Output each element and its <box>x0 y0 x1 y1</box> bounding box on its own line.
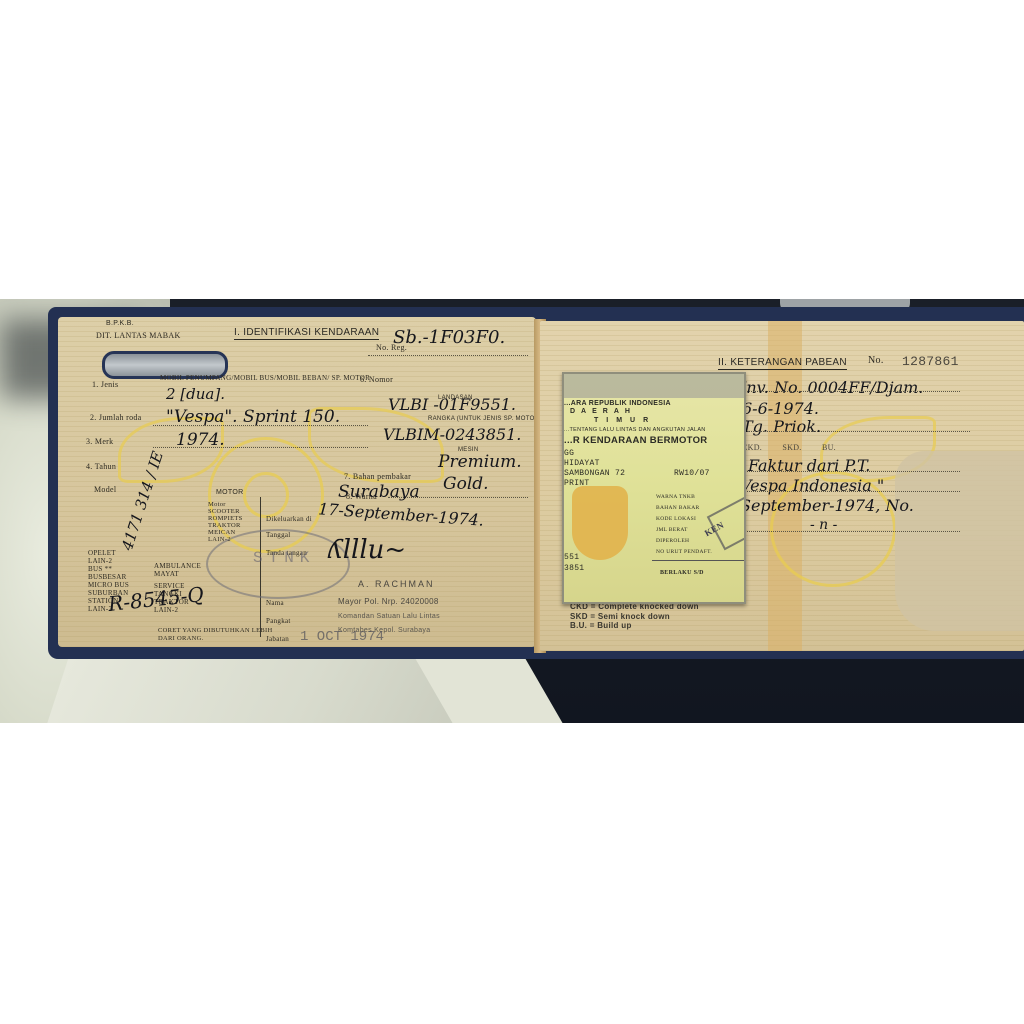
bahan-bakar-value: Premium. <box>438 452 522 472</box>
skd-options: CKD. SKD. BU. <box>742 443 836 452</box>
jenis-options: MOBIL PENUMPANG/MOBIL BUS/MOBIL BEBAN/ S… <box>160 374 370 382</box>
dotted-line <box>740 471 960 472</box>
tanggal-value: 17-September-1974. <box>318 499 485 530</box>
header-dept: DIT. LANTAS MABAK <box>96 331 181 340</box>
field-label: 1. Jenis <box>92 380 118 389</box>
dikeluarkan-value: Surabaya <box>338 482 420 502</box>
torn-area <box>895 451 1024 631</box>
merk-value: "Vespa". Sprint 150. <box>166 407 340 427</box>
dotted-line <box>740 491 960 492</box>
warna-value: Gold. <box>443 474 489 494</box>
dotted-line <box>153 425 368 426</box>
photo: B.P.K.B. DIT. LANTAS MABAK I. IDENTIFIKA… <box>0 299 1024 723</box>
nomor-label: 6. Nomor <box>360 375 393 384</box>
dikeluarkan-label: Dikeluarkan di <box>266 515 312 523</box>
no-value: 1287861 <box>902 354 959 369</box>
jabatan-label: Jabatan <box>266 635 289 643</box>
province-crest-icon <box>572 486 628 560</box>
divider <box>652 560 744 561</box>
legend-bu: B.U. = Build up <box>570 621 699 631</box>
legend-skd: SKD = Semi knock down <box>570 612 699 622</box>
section-title: I. IDENTIFIKASI KENDARAAN <box>234 327 379 340</box>
bahan-bakar-label: 7. Bahan pembakar <box>344 472 411 481</box>
dotted-line <box>740 531 960 532</box>
handwritten-line: Inv. No. 0004FF/Djam. <box>740 378 923 397</box>
dotted-line <box>740 391 960 392</box>
dotted-line <box>153 447 368 448</box>
rangka-value: VLBI -01F9551. <box>388 395 516 414</box>
vehicle-tax-card: ...ARA REPUBLIK INDONESIA DAERAH TIMUR .… <box>562 372 746 604</box>
signatory-rank: Mayor Pol. Nrp. 24020008 <box>338 597 439 606</box>
handwritten-line: September-1974, No. <box>740 496 914 515</box>
header-top: B.P.K.B. <box>106 320 134 327</box>
field-label: 2. Jumlah roda <box>90 413 142 422</box>
rangka-label: RANGKA (UNTUK JENIS SP. MOTOR) <box>428 416 536 422</box>
signature: ʎlllu~ <box>328 535 406 565</box>
card-header-line: ...ARA REPUBLIK INDONESIA <box>564 400 671 407</box>
signatory-name: A. RACHMAN <box>358 579 435 589</box>
card-header-line: DAERAH <box>570 408 636 415</box>
handwritten-line: Vespa Indonesia " <box>740 476 884 495</box>
left-page: B.P.K.B. DIT. LANTAS MABAK I. IDENTIFIKA… <box>58 317 536 647</box>
card-rw: RW10/07 <box>674 469 710 478</box>
card-owner: GG HIDAYAT SAMBONGAN 72 PRINT <box>564 449 625 489</box>
motor-header: MOTOR <box>216 489 243 496</box>
field-label: 3. Merk <box>86 437 113 446</box>
field-label: Model <box>94 485 116 494</box>
tape <box>564 374 744 398</box>
handwritten-line: Faktur dari P.T. <box>748 456 870 475</box>
nama-label: Nama <box>266 599 284 607</box>
dotted-line <box>368 355 528 356</box>
card-field-labels: WARNA TNKB BAHAN BAKAR KODE LOKASI JML B… <box>656 492 712 558</box>
field-label: 4. Tahun <box>86 462 116 471</box>
legend: CKD = Complete knocked down SKD = Semi k… <box>570 602 699 631</box>
section-title: II. KETERANGAN PABEAN <box>718 357 847 370</box>
card-law-line: ...TENTANG LALU LINTAS DAN ANGKUTAN JALA… <box>564 427 706 433</box>
pangkat-label: Pangkat <box>266 617 291 625</box>
handwritten-line: Tg. Priok. <box>742 417 821 436</box>
stamp-seal <box>707 488 746 551</box>
stnk-stamp: STNK <box>253 549 315 567</box>
card-numbers: 551 3851 <box>564 552 584 574</box>
emblem-hub-icon <box>243 472 289 518</box>
reg-value: Sb.-1F03F0. <box>393 327 505 348</box>
signatory-title-1: Komandan Satuan Lalu Lintas <box>338 613 440 620</box>
card-header-line: TIMUR <box>594 417 656 424</box>
date-stamp: 1 OCT 1974 <box>300 629 384 645</box>
handwritten-line: 6-6-1974. <box>742 399 819 418</box>
card-title: ...R KENDARAAN BERMOTOR <box>564 435 707 446</box>
mesin-value: VLBIM-0243851. <box>383 425 521 444</box>
jenis-value: 2 [dua]. <box>166 385 225 403</box>
no-label: No. <box>868 355 884 366</box>
card-valid-label: BERLAKU S/D <box>660 570 704 576</box>
dotted-line <box>740 431 970 432</box>
